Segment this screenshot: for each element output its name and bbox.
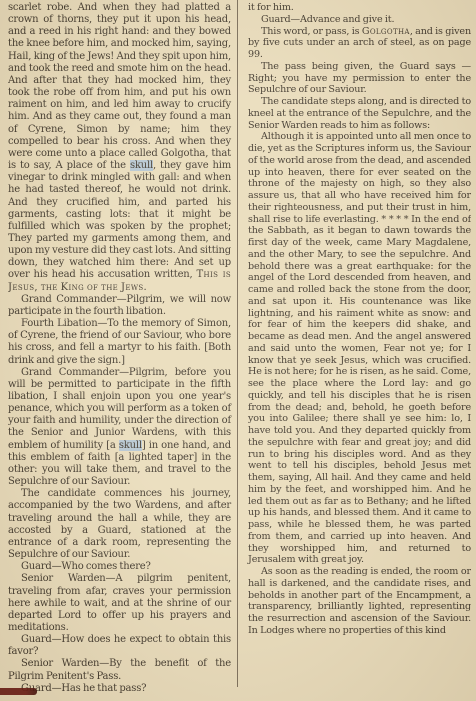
text-run: Senior Warden—By the benefit of the Pilg… bbox=[8, 658, 231, 681]
paragraph: As soon as the reading is ended, the roo… bbox=[248, 566, 471, 637]
text-run: The pass being given, the Guard says —Ri… bbox=[248, 61, 471, 96]
paragraph: it for him. bbox=[248, 2, 471, 14]
text-run: Guard—How does he expect to obtain this … bbox=[8, 634, 231, 657]
text-run: scarlet robe. And when they had platted … bbox=[8, 2, 231, 171]
text-run: Guard—Advance and give it. bbox=[261, 14, 394, 25]
text-run: The candidate commences his journey, acc… bbox=[8, 488, 231, 560]
text-run: Grand Commander—Pilgrim, before you will… bbox=[8, 367, 231, 451]
text-run: it for him. bbox=[248, 2, 294, 13]
paragraph: Fourth Libation—To the memory of Simon, … bbox=[8, 318, 231, 367]
paragraph: Although it is appointed unto all men on… bbox=[248, 131, 471, 566]
paragraph: Grand Commander—Pilgrim, before you will… bbox=[8, 367, 231, 489]
paragraph: The pass being given, the Guard says —Ri… bbox=[248, 61, 471, 96]
column-left: scarlet robe. And when they had platted … bbox=[8, 2, 239, 696]
text-run: Guard—Has he that pass? bbox=[21, 683, 146, 694]
paragraph: Senior Warden—A pilgrim penitent, travel… bbox=[8, 573, 231, 634]
text-run: The candidate steps along, and is direct… bbox=[248, 96, 471, 131]
text-run: As soon as the reading is ended, the roo… bbox=[248, 566, 471, 636]
highlighted-text: skull bbox=[119, 440, 142, 451]
smallcaps-text: Golgotha bbox=[362, 26, 410, 37]
text-run: Senior Warden—A pilgrim penitent, travel… bbox=[8, 573, 231, 633]
paragraph: Guard—Advance and give it. bbox=[248, 14, 471, 26]
text-run: Fourth Libation—To the memory of Simon, … bbox=[8, 318, 231, 365]
text-run: Grand Commander—Pilgrim, we will now par… bbox=[8, 294, 231, 317]
paragraph: Senior Warden—By the benefit of the Pilg… bbox=[8, 658, 231, 682]
text-run: This word, or pass, is bbox=[261, 26, 362, 37]
text-run: Although it is appointed unto all men on… bbox=[248, 131, 471, 565]
text-run: Guard—Who comes there? bbox=[21, 561, 151, 572]
paragraph: The candidate commences his journey, acc… bbox=[8, 488, 231, 561]
paragraph: Grand Commander—Pilgrim, we will now par… bbox=[8, 294, 231, 318]
scan-edge-artifact bbox=[0, 688, 37, 695]
highlighted-text: skull bbox=[130, 160, 153, 171]
paragraph: The candidate steps along, and is direct… bbox=[248, 96, 471, 131]
paragraph: This word, or pass, is Golgotha, and is … bbox=[248, 26, 471, 61]
paragraph: scarlet robe. And when they had platted … bbox=[8, 2, 231, 294]
paragraph: Guard—Has he that pass? bbox=[8, 683, 231, 695]
column-right: it for him.Guard—Advance and give it.Thi… bbox=[239, 2, 471, 696]
paragraph: Guard—How does he expect to obtain this … bbox=[8, 634, 231, 658]
column-divider-rule bbox=[237, 0, 238, 687]
text-run: , they gave him vinegar to drink mingled… bbox=[8, 160, 231, 280]
book-page: scarlet robe. And when they had platted … bbox=[0, 0, 476, 701]
text-columns: scarlet robe. And when they had platted … bbox=[0, 0, 476, 696]
paragraph: Guard—Who comes there? bbox=[8, 561, 231, 573]
